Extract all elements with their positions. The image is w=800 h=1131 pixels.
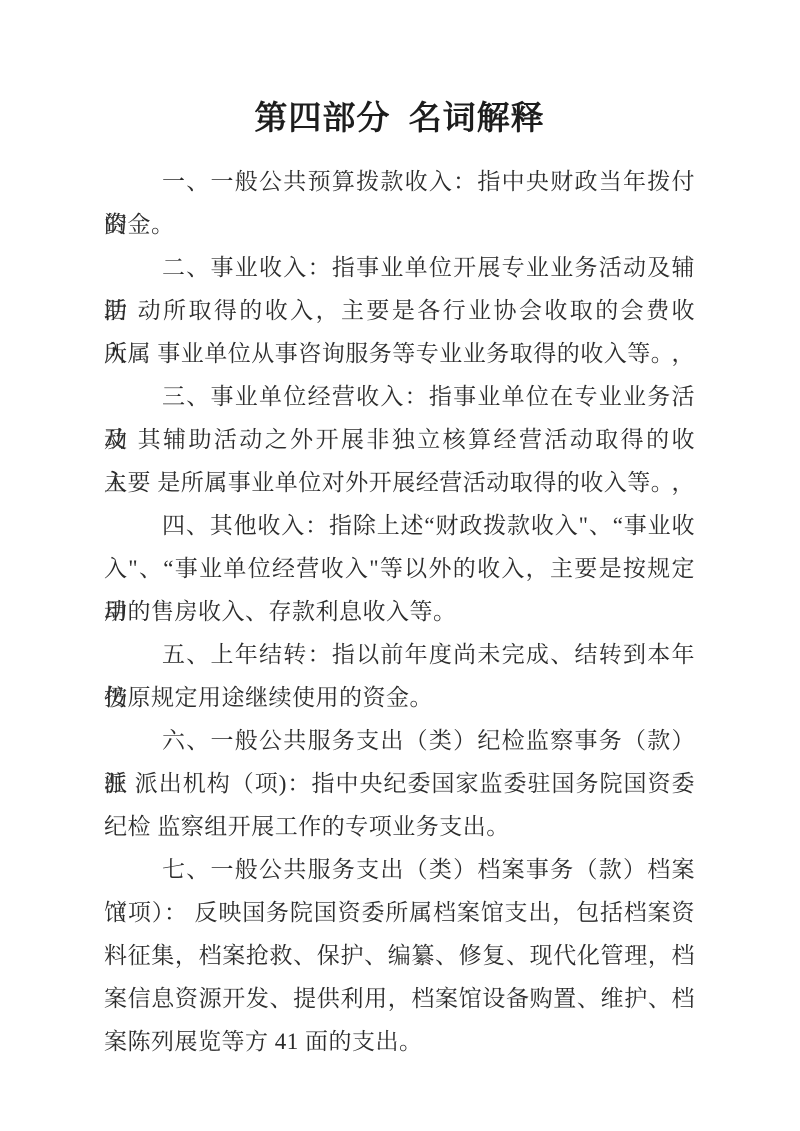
document-body: 一、一般公共预算拨款收入：指中央财政当年拨付的资金。二、事业收入：指事业单位开展…: [104, 160, 695, 1063]
paragraph-6-line-3: 纪检 监察组开展工作的专项业务支出。: [104, 805, 695, 848]
document-page: 第四部分 名词解释 一、一般公共预算拨款收入：指中央财政当年拨付的资金。二、事业…: [0, 0, 800, 1131]
paragraph-3-line-2: 及 其辅助活动之外开展非独立核算经营活动取得的收入，: [104, 418, 695, 461]
paragraph-1-line-1: 一、一般公共预算拨款收入：指中央财政当年拨付的: [104, 160, 695, 203]
paragraph-4-line-1: 四、其他收入：指除上述“财政拨款收入"、“事业收: [104, 504, 695, 547]
paragraph-7-line-3: 料征集，档案抢救、保护、编纂、修复、现代化管理，档: [104, 934, 695, 977]
paragraph-6-line-1: 六、一般公共服务支出（类）纪检监察事务（款）派: [104, 719, 695, 762]
paragraph-1-line-2: 资金。: [104, 203, 695, 246]
paragraph-2-line-3: 所属 事业单位从事咨询服务等专业业务取得的收入等。: [104, 332, 695, 375]
paragraph-7-line-5: 案陈列展览等方 41 面的支出。: [104, 1020, 695, 1063]
paragraph-7-line-1: 七、一般公共服务支出（类）档案事务（款）档案馆: [104, 848, 695, 891]
page-title: 第四部分 名词解释: [104, 96, 695, 140]
paragraph-7-line-2: （项）： 反映国务院国资委所属档案馆支出，包括档案资: [104, 891, 695, 934]
paragraph-5-line-1: 五、上年结转：指以前年度尚未完成、结转到本年仍: [104, 633, 695, 676]
paragraph-3-line-3: 主要 是所属事业单位对外开展经营活动取得的收入等。: [104, 461, 695, 504]
paragraph-6-line-2: 驻 派出机构（项)：指中央纪委国家监委驻国务院国资委: [104, 762, 695, 805]
paragraph-4-line-2: 入"、“事业单位经营收入"等以外的收入，主要是按规定 动: [104, 547, 695, 590]
paragraph-3-line-1: 三、事业单位经营收入：指事业单位在专业业务活动: [104, 375, 695, 418]
paragraph-2-line-2: 活 动所取得的收入，主要是各行业协会收取的会费收入，: [104, 289, 695, 332]
paragraph-7-line-4: 案信息资源开发、提供利用，档案馆设备购置、维护、档: [104, 977, 695, 1020]
paragraph-5-line-2: 按原规定用途继续使用的资金。: [104, 676, 695, 719]
paragraph-2-line-1: 二、事业收入：指事业单位开展专业业务活动及辅助: [104, 246, 695, 289]
paragraph-4-line-3: 用的售房收入、存款利息收入等。: [104, 590, 695, 633]
